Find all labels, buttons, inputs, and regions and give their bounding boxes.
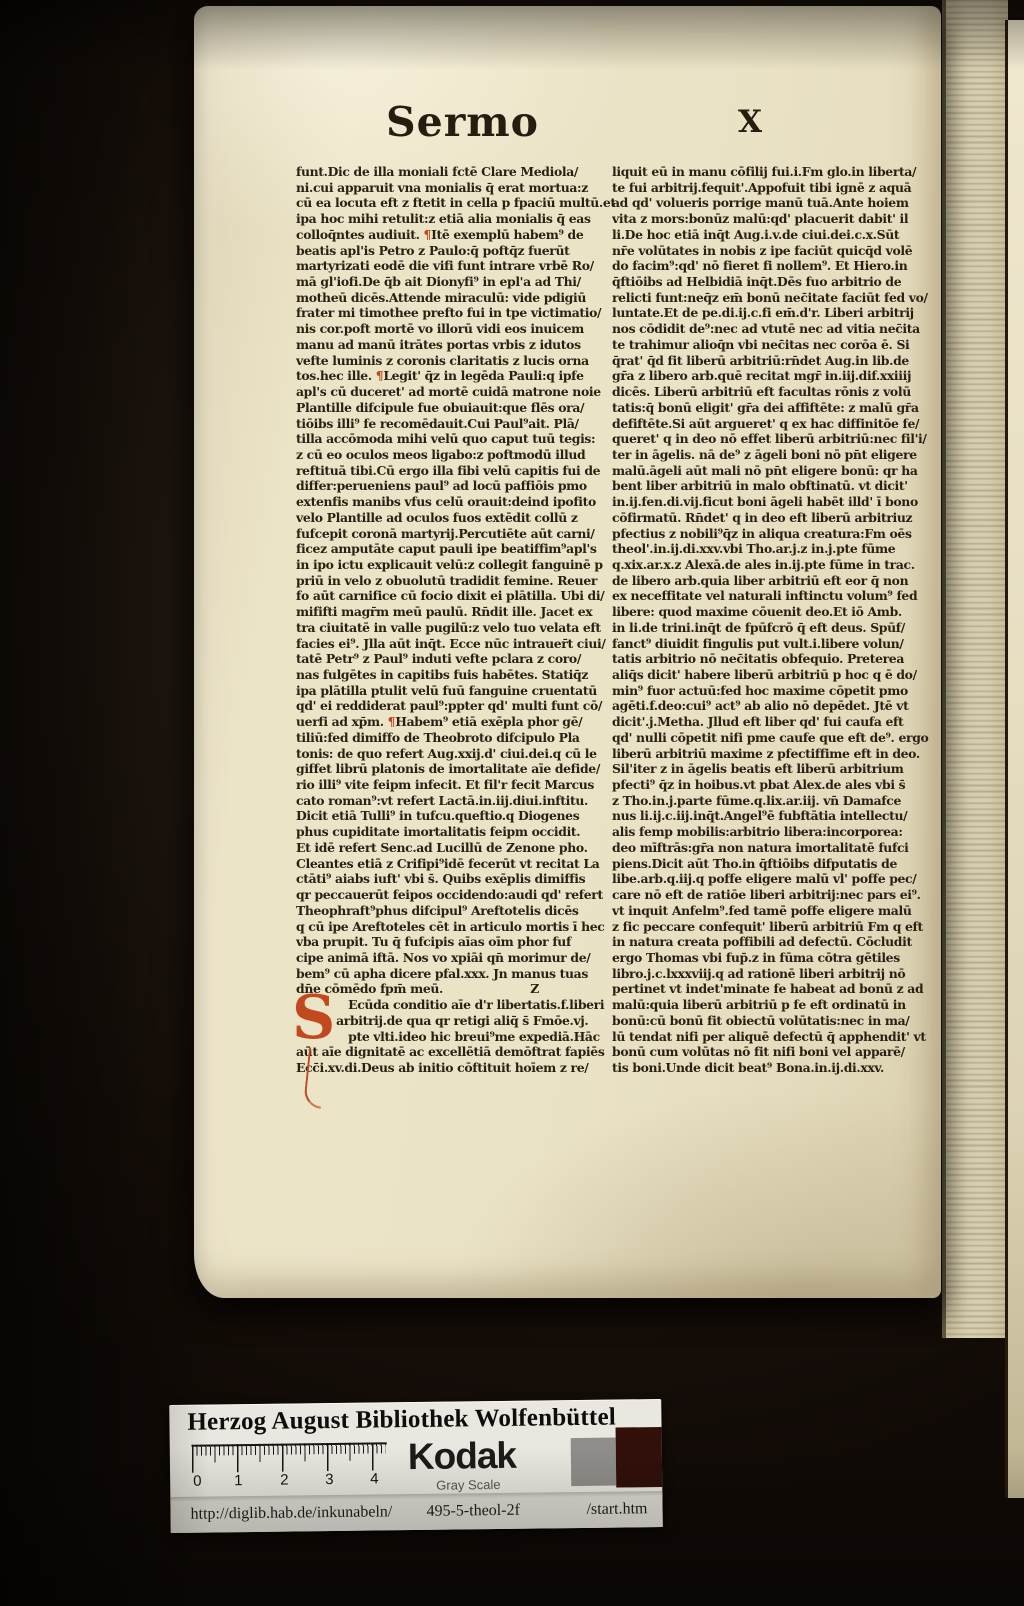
card-shelfmark: 495-5-theol-2f [426, 1502, 520, 1521]
adjacent-leaf-texture [946, 0, 1008, 1338]
page-edge-strip [1005, 20, 1024, 1498]
card-url-row: http://diglib.hab.de/inkunabeln/ 495-5-t… [170, 1491, 662, 1533]
card-start-link: /start.htm [586, 1500, 647, 1519]
card-url: http://diglib.hab.de/inkunabeln/ [190, 1503, 392, 1523]
text-column-right: liquit eū in manu cōfilij fui.i.Fm glo.i… [612, 164, 930, 1082]
book-page: Sermo X funt.Dic de illa moniali fctē Cl… [194, 6, 941, 1298]
library-name: Herzog August Bibliothek Wolfenbüttel [187, 1403, 657, 1437]
gray-scale-label: Gray Scale [436, 1477, 500, 1493]
dark-scale-patch [616, 1427, 663, 1488]
text-column-left: funt.Dic de illa moniali fctē Clare Medi… [296, 164, 614, 1082]
ruler-number-2: 2 [280, 1472, 289, 1489]
folio-number: X [738, 104, 762, 140]
gray-scale-patch [571, 1438, 617, 1487]
centimeter-ruler: 0 1 2 3 4 [192, 1442, 393, 1492]
ruler-number-1: 1 [234, 1472, 243, 1489]
kodak-brand-label: Kodak [408, 1435, 517, 1478]
book-fore-edge [942, 0, 1008, 1338]
rubricated-initial: S [292, 990, 335, 1046]
ruler-number-0: 0 [193, 1473, 202, 1490]
running-title: Sermo [386, 98, 539, 146]
ruler-number-4: 4 [370, 1470, 379, 1487]
ruler-major-ticks [192, 1442, 387, 1472]
book-photograph: Sermo X funt.Dic de illa moniali fctē Cl… [0, 0, 1024, 1606]
color-reference-card: Herzog August Bibliothek Wolfenbüttel 0 … [169, 1399, 663, 1533]
ruler-number-3: 3 [325, 1471, 334, 1488]
